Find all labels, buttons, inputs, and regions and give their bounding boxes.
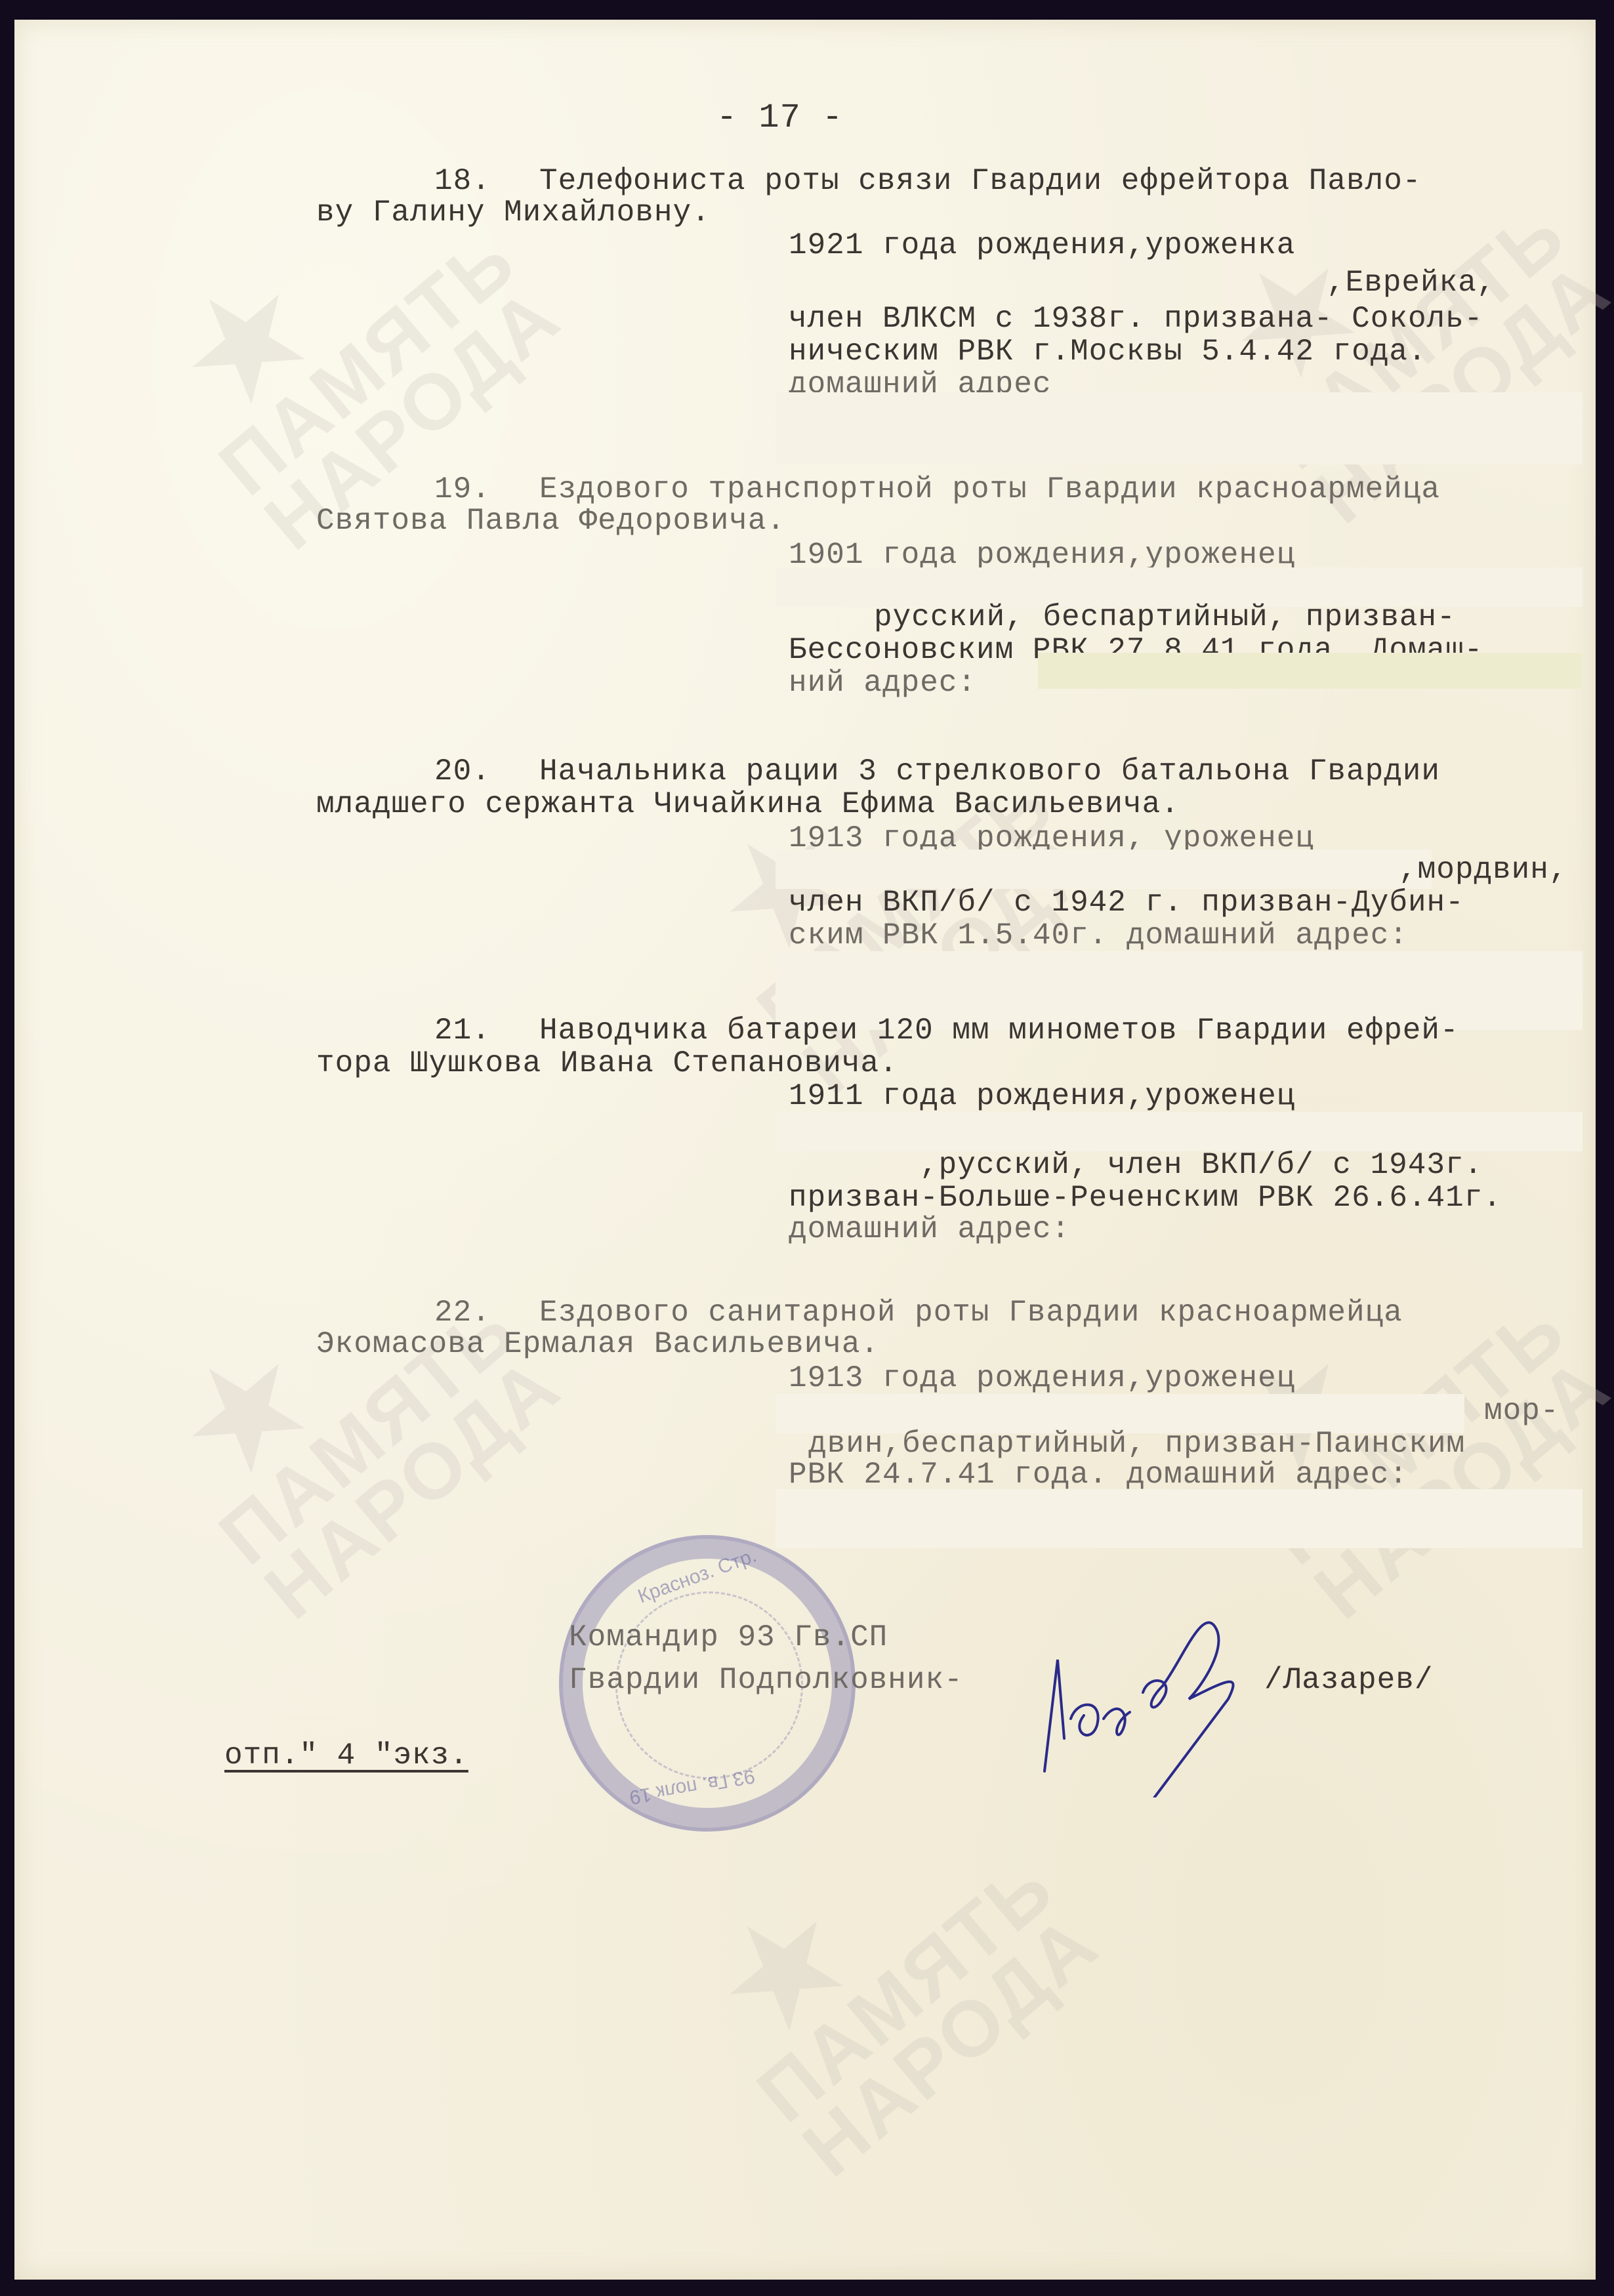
document-page: ★ ПАМЯТЬ НАРОДА ★ ПАМЯТЬ НАРОДА ★ ПАМЯТЬ… xyxy=(14,20,1596,2280)
entry-line: Экомасова Ермалая Васильевича. xyxy=(316,1327,879,1361)
entry-line: 1911 года рождения,уроженец xyxy=(789,1079,1295,1113)
redacted-address xyxy=(1038,653,1583,689)
signatory-name: /Лазарев/ xyxy=(1264,1663,1433,1697)
watermark: ★ ПАМЯТЬ НАРОДА xyxy=(133,1201,572,1629)
entry-line: ний адрес: xyxy=(789,666,976,700)
entry-line: призван-Больше-Реченским РВК 26.6.41г. xyxy=(789,1181,1502,1215)
entry-number: 18. xyxy=(434,164,491,198)
entry-line: младшего сержанта Чичайкина Ефима Василь… xyxy=(316,787,1180,821)
signatory-rank: Гвардии Подполковник- xyxy=(569,1663,963,1697)
entry-line: двин,беспартийный, призван-Паинским xyxy=(808,1427,1465,1461)
redacted-birthplace xyxy=(776,1112,1583,1151)
entry-line: Наводчика батареи 120 мм минометов Гвард… xyxy=(539,1014,1459,1048)
star-icon: ★ xyxy=(163,132,481,426)
entry-line: Святова Павла Федоровича. xyxy=(316,504,785,538)
entry-line: ским РВК 1.5.40г. домашний адрес: xyxy=(789,918,1408,953)
entry-number: 19. xyxy=(434,472,491,506)
entry-line: член ВКП/б/ с 1942 г. призван-Дубин- xyxy=(789,886,1464,920)
entry-line: член ВЛКСМ с 1938г. призвана- Соколь- xyxy=(789,302,1483,336)
entry-line: РВК 24.7.41 года. домашний адрес: xyxy=(789,1458,1408,1492)
entry-line: Начальника рации 3 стрелкового батальона… xyxy=(539,754,1440,789)
entry-line: ническим РВК г.Москвы 5.4.42 года. xyxy=(789,335,1427,369)
entry-line: 1913 года рождения,уроженец xyxy=(789,1361,1295,1395)
redacted-address xyxy=(776,1489,1583,1548)
entry-line: русский, беспартийный, призван- xyxy=(874,600,1456,634)
entry-number: 21. xyxy=(434,1014,491,1048)
entry-line: мор- xyxy=(1484,1394,1559,1428)
entry-line: ,Еврейка, xyxy=(1327,266,1495,300)
entry-line: ,мордвин, xyxy=(1399,853,1567,887)
page-number: - 17 - xyxy=(716,98,843,137)
redacted-address xyxy=(776,392,1583,464)
redacted-birthplace xyxy=(776,850,1432,889)
copies-note: отп." 4 "экз. xyxy=(224,1738,468,1773)
entry-line: тора Шушкова Ивана Степановича. xyxy=(316,1046,898,1080)
entry-line: Ездового транспортной роты Гвардии красн… xyxy=(539,472,1440,506)
entry-number: 20. xyxy=(434,754,491,789)
entry-line: Ездового санитарной роты Гвардии красноа… xyxy=(539,1296,1403,1330)
entry-line: ву Галину Михайловну. xyxy=(316,195,711,230)
signatory-title: Командир 93 Гв.СП xyxy=(569,1620,888,1654)
entry-number: 22. xyxy=(434,1296,491,1330)
entry-line: ,русский, член ВКП/б/ с 1943г. xyxy=(920,1148,1483,1182)
entry-line: домашний адрес: xyxy=(789,1212,1070,1246)
entry-line: Телефониста роты связи Гвардии ефрейтора… xyxy=(539,164,1421,198)
entry-line: 1921 года рождения,уроженка xyxy=(789,228,1295,262)
